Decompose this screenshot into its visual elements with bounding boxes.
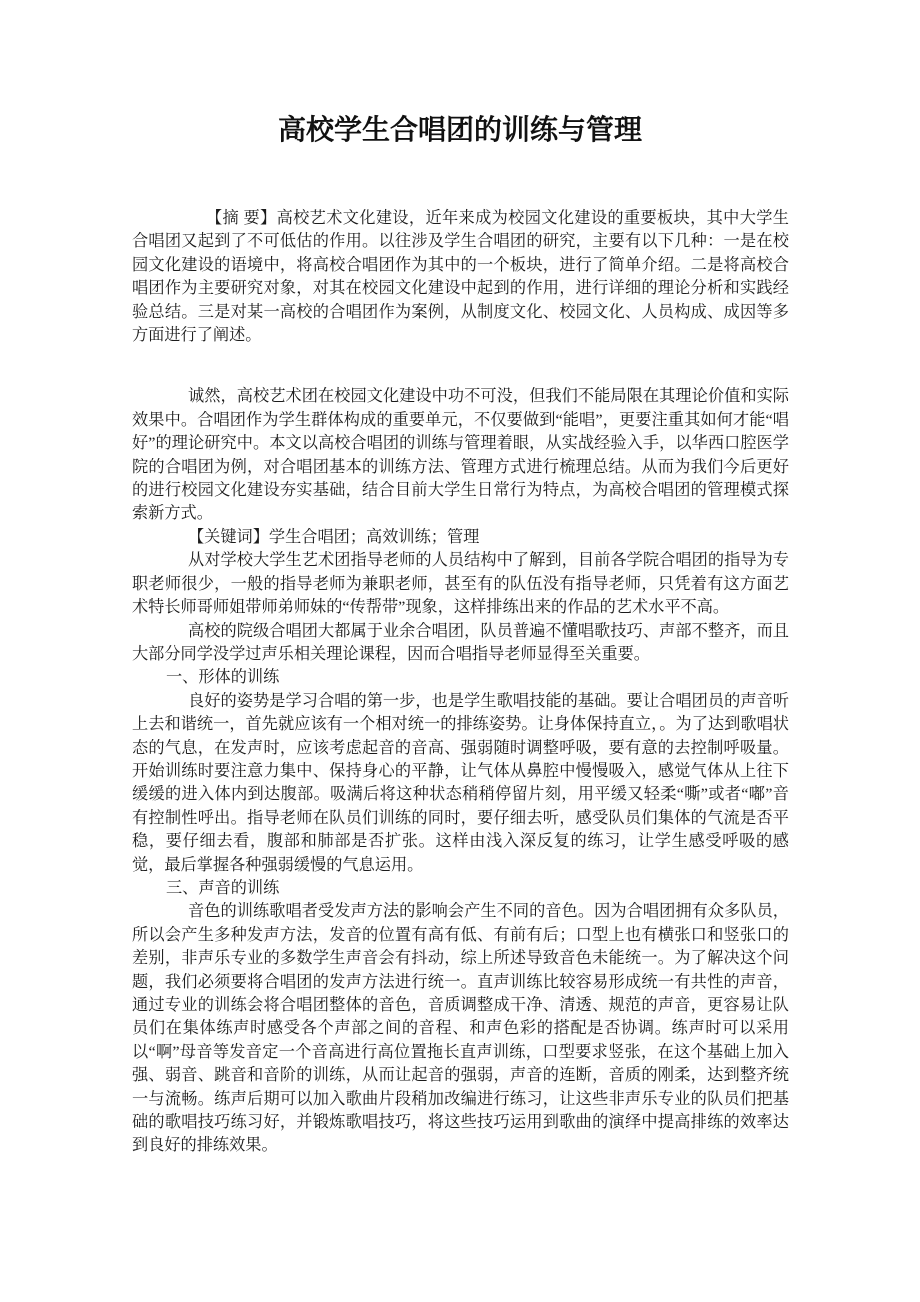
document-title: 高校学生合唱团的训练与管理 [0,111,920,151]
section-heading-voice-training: 三、声音的训练 [132,877,789,900]
intro-paragraph: 诚然，高校艺术团在校园文化建设中功不可没，但我们不能局限在其理论价值和实际效果中… [132,385,789,525]
abstract-paragraph: 【摘 要】高校艺术文化建设，近年来成为校园文化建设的重要板块，其中大学生合唱团又… [132,207,789,347]
instructor-structure-paragraph: 从对学校大学生艺术团指导老师的人员结构中了解到，目前各学院合唱团的指导为专职老师… [132,549,789,619]
posture-training-paragraph: 良好的姿势是学习合唱的第一步，也是学生歌唱技能的基础。要让合唱团员的声音听上去和… [132,690,789,877]
voice-training-paragraph: 音色的训练歌唱者受发声方法的影响会产生不同的音色。因为合唱团拥有众多队员，所以会… [132,900,789,1157]
document-body: 【摘 要】高校艺术文化建设，近年来成为校园文化建设的重要板块，其中大学生合唱团又… [132,207,789,1158]
keywords-line: 【关键词】学生合唱团；高效训练；管理 [132,526,789,549]
amateur-choir-paragraph: 高校的院级合唱团大都属于业余合唱团，队员普遍不懂唱歌技巧、声部不整齐，而且大部分… [132,620,789,667]
section-heading-posture-training: 一、形体的训练 [132,666,789,689]
document-page: 高校学生合唱团的训练与管理 【摘 要】高校艺术文化建设，近年来成为校园文化建设的… [0,0,920,1302]
